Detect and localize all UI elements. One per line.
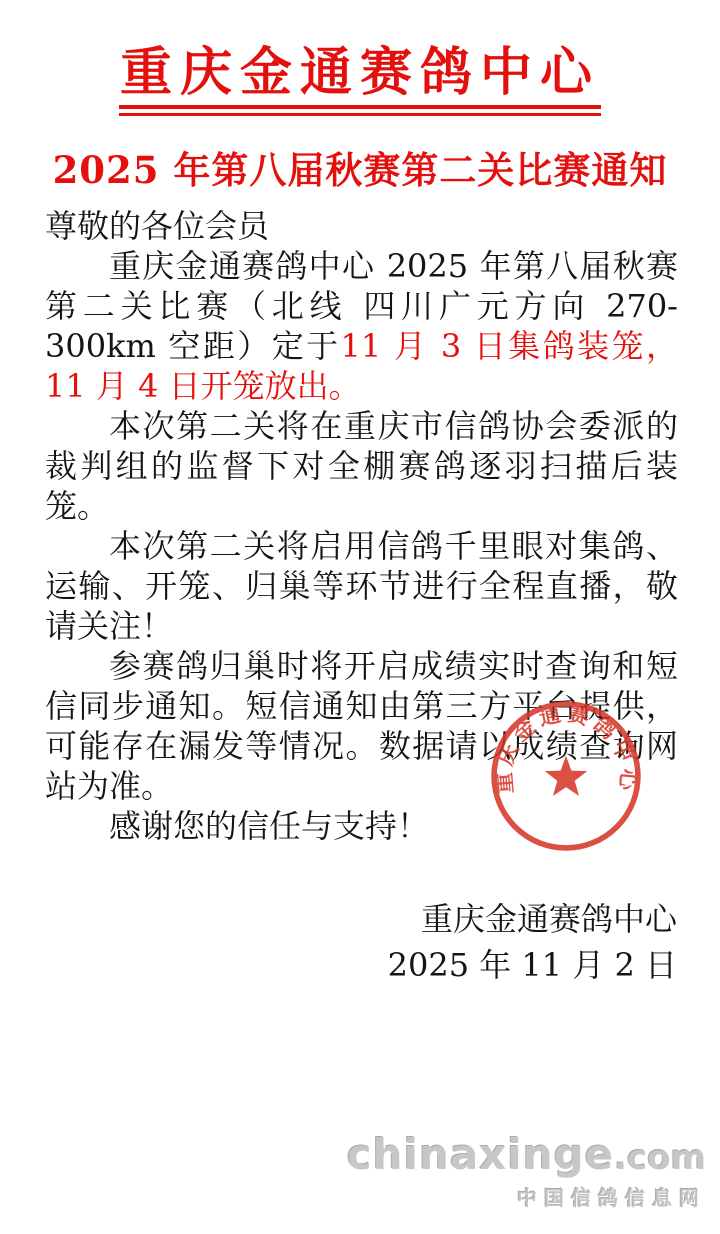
- seal-star-icon: [545, 756, 587, 796]
- notice-subtitle: 2025 年第八届秋赛第二关比赛通知: [0, 140, 720, 194]
- watermark-caption: 中国信鸽信息网: [347, 1182, 706, 1211]
- underline-bar-thin: [119, 113, 601, 116]
- underline-bar-thick: [119, 105, 601, 109]
- official-seal-stamp-icon: 重庆金通赛鸽中心: [489, 699, 643, 853]
- signature-name: 重庆金通赛鸽中心: [0, 896, 677, 942]
- site-watermark: chinaxinge.com 中国信鸽信息网: [347, 1134, 706, 1211]
- document-header: 重庆金通赛鸽中心 2025 年第八届秋赛第二关比赛通知: [0, 0, 720, 194]
- signature-block: 重庆金通赛鸽中心 2025 年 11 月 2 日: [0, 896, 720, 988]
- title-underline: [119, 105, 601, 116]
- watermark-site-name: chinaxinge: [347, 1130, 614, 1179]
- notice-document: 重庆金通赛鸽中心 2025 年第八届秋赛第二关比赛通知 尊敬的各位会员 重庆金通…: [0, 0, 720, 1234]
- salutation: 尊敬的各位会员: [45, 206, 678, 246]
- signature-date: 2025 年 11 月 2 日: [0, 942, 677, 988]
- page-title: 重庆金通赛鸽中心: [120, 44, 600, 101]
- paragraph-race-info: 重庆金通赛鸽中心 2025 年第八届秋赛第二关比赛（北线 四川广元方向 270-…: [45, 246, 678, 406]
- watermark-tld: .com: [614, 1138, 706, 1178]
- paragraph-livestream: 本次第二关将启用信鸽千里眼对集鸽、运输、开笼、归巢等环节进行全程直播，敬请关注！: [45, 526, 678, 646]
- watermark-url: chinaxinge.com: [347, 1134, 706, 1176]
- paragraph-supervision: 本次第二关将在重庆市信鸽协会委派的裁判组的监督下对全棚赛鸽逐羽扫描后装笼。: [45, 406, 678, 526]
